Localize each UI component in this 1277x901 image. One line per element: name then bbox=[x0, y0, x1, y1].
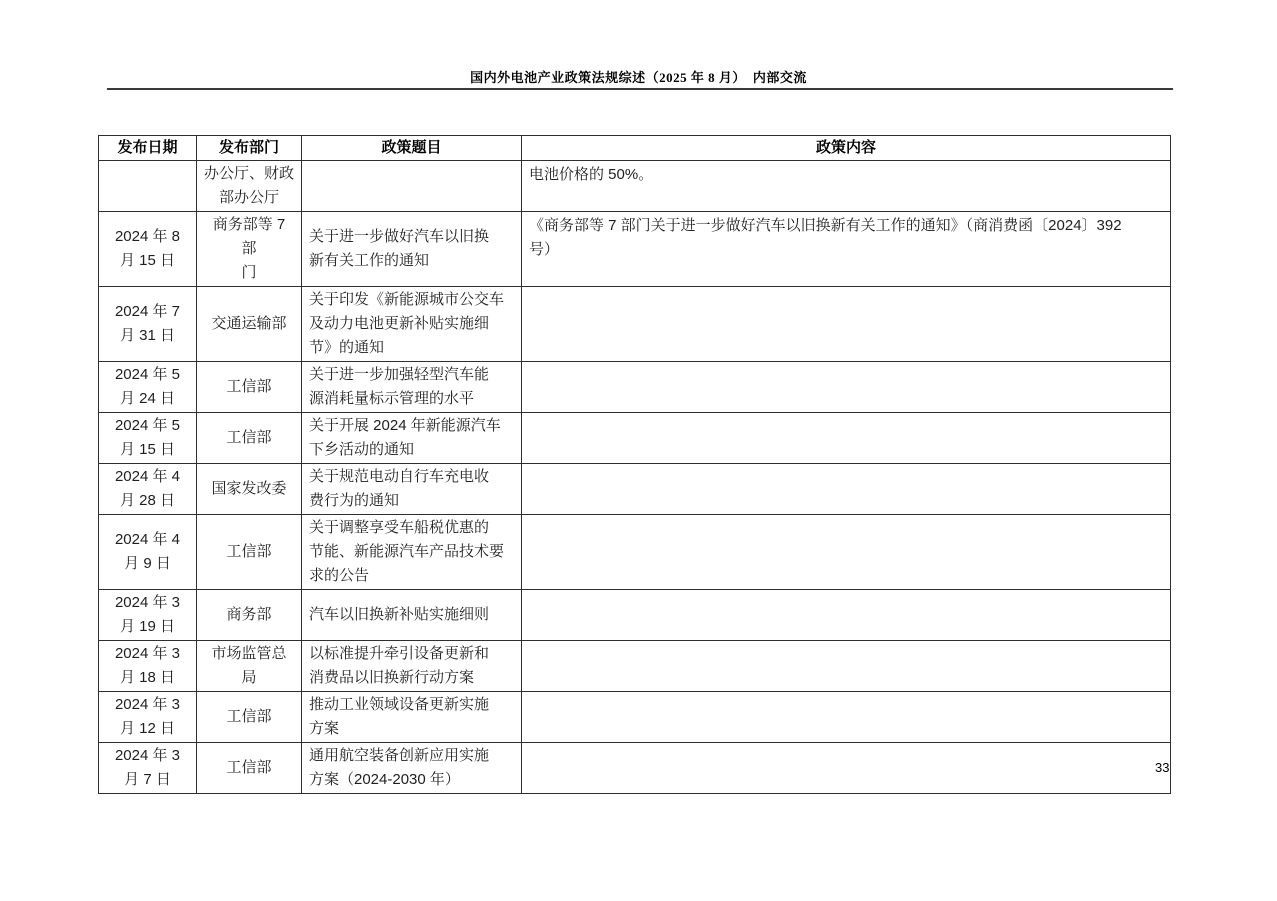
cell-title: 关于印发《新能源城市公交车 及动力电池更新补贴实施细 节》的通知 bbox=[302, 287, 522, 362]
cell-date: 2024 年 3 月 18 日 bbox=[99, 641, 197, 692]
cell-title bbox=[302, 161, 522, 212]
table-row: 2024 年 3 月 19 日 商务部 汽车以旧换新补贴实施细则 bbox=[99, 590, 1171, 641]
cell-title: 以标准提升牵引设备更新和 消费品以旧换新行动方案 bbox=[302, 641, 522, 692]
cell-content bbox=[522, 413, 1171, 464]
cell-department: 市场监管总 局 bbox=[197, 641, 302, 692]
cell-title: 关于进一步加强轻型汽车能 源消耗量标示管理的水平 bbox=[302, 362, 522, 413]
cell-title: 关于进一步做好汽车以旧换 新有关工作的通知 bbox=[302, 212, 522, 287]
cell-department: 工信部 bbox=[197, 743, 302, 794]
cell-content bbox=[522, 464, 1171, 515]
cell-content bbox=[522, 515, 1171, 590]
cell-date: 2024 年 3 月 7 日 bbox=[99, 743, 197, 794]
table-row: 2024 年 5 月 24 日 工信部 关于进一步加强轻型汽车能 源消耗量标示管… bbox=[99, 362, 1171, 413]
table-row: 2024 年 4 月 28 日 国家发改委 关于规范电动自行车充电收 费行为的通… bbox=[99, 464, 1171, 515]
cell-date: 2024 年 8 月 15 日 bbox=[99, 212, 197, 287]
cell-date: 2024 年 4 月 9 日 bbox=[99, 515, 197, 590]
table-row: 办公厅、财政 部办公厅 电池价格的 50%。 bbox=[99, 161, 1171, 212]
cell-title: 通用航空装备创新应用实施 方案（2024-2030 年） bbox=[302, 743, 522, 794]
cell-content bbox=[522, 692, 1171, 743]
table-row: 2024 年 7 月 31 日 交通运输部 关于印发《新能源城市公交车 及动力电… bbox=[99, 287, 1171, 362]
cell-title: 关于调整享受车船税优惠的 节能、新能源汽车产品技术要 求的公告 bbox=[302, 515, 522, 590]
cell-date: 2024 年 5 月 15 日 bbox=[99, 413, 197, 464]
column-header-title: 政策题目 bbox=[302, 136, 522, 161]
cell-department: 工信部 bbox=[197, 515, 302, 590]
cell-department: 工信部 bbox=[197, 413, 302, 464]
cell-title: 关于规范电动自行车充电收 费行为的通知 bbox=[302, 464, 522, 515]
cell-content: 电池价格的 50%。 bbox=[522, 161, 1171, 212]
cell-department: 办公厅、财政 部办公厅 bbox=[197, 161, 302, 212]
table-row: 2024 年 5 月 15 日 工信部 关于开展 2024 年新能源汽车 下乡活… bbox=[99, 413, 1171, 464]
table-row: 2024 年 3 月 18 日 市场监管总 局 以标准提升牵引设备更新和 消费品… bbox=[99, 641, 1171, 692]
cell-date: 2024 年 3 月 19 日 bbox=[99, 590, 197, 641]
table-row: 2024 年 4 月 9 日 工信部 关于调整享受车船税优惠的 节能、新能源汽车… bbox=[99, 515, 1171, 590]
cell-content: 《商务部等 7 部门关于进一步做好汽车以旧换新有关工作的通知》（商消费函〔202… bbox=[522, 212, 1171, 287]
cell-date bbox=[99, 161, 197, 212]
cell-department: 商务部等 7 部 门 bbox=[197, 212, 302, 287]
cell-date: 2024 年 4 月 28 日 bbox=[99, 464, 197, 515]
cell-title: 汽车以旧换新补贴实施细则 bbox=[302, 590, 522, 641]
column-header-date: 发布日期 bbox=[99, 136, 197, 161]
policy-table: 发布日期 发布部门 政策题目 政策内容 办公厅、财政 部办公厅 电池价格的 50… bbox=[98, 135, 1171, 794]
cell-content bbox=[522, 590, 1171, 641]
cell-department: 工信部 bbox=[197, 692, 302, 743]
cell-date: 2024 年 5 月 24 日 bbox=[99, 362, 197, 413]
page-number: 33 bbox=[1155, 760, 1169, 775]
cell-content bbox=[522, 362, 1171, 413]
cell-title: 推动工业领域设备更新实施 方案 bbox=[302, 692, 522, 743]
cell-department: 交通运输部 bbox=[197, 287, 302, 362]
cell-department: 工信部 bbox=[197, 362, 302, 413]
cell-content bbox=[522, 743, 1171, 794]
cell-title: 关于开展 2024 年新能源汽车 下乡活动的通知 bbox=[302, 413, 522, 464]
page-header-title: 国内外电池产业政策法规综述（2025 年 8 月） 内部交流 bbox=[0, 67, 1277, 86]
table-row: 2024 年 3 月 12 日 工信部 推动工业领域设备更新实施 方案 bbox=[99, 692, 1171, 743]
cell-content bbox=[522, 641, 1171, 692]
table-row: 2024 年 3 月 7 日 工信部 通用航空装备创新应用实施 方案（2024-… bbox=[99, 743, 1171, 794]
header-divider-rule bbox=[107, 88, 1173, 90]
cell-date: 2024 年 7 月 31 日 bbox=[99, 287, 197, 362]
table-row: 2024 年 8 月 15 日 商务部等 7 部 门 关于进一步做好汽车以旧换 … bbox=[99, 212, 1171, 287]
cell-content bbox=[522, 287, 1171, 362]
cell-department: 商务部 bbox=[197, 590, 302, 641]
column-header-department: 发布部门 bbox=[197, 136, 302, 161]
table-header-row: 发布日期 发布部门 政策题目 政策内容 bbox=[99, 136, 1171, 161]
cell-date: 2024 年 3 月 12 日 bbox=[99, 692, 197, 743]
cell-department: 国家发改委 bbox=[197, 464, 302, 515]
column-header-content: 政策内容 bbox=[522, 136, 1171, 161]
